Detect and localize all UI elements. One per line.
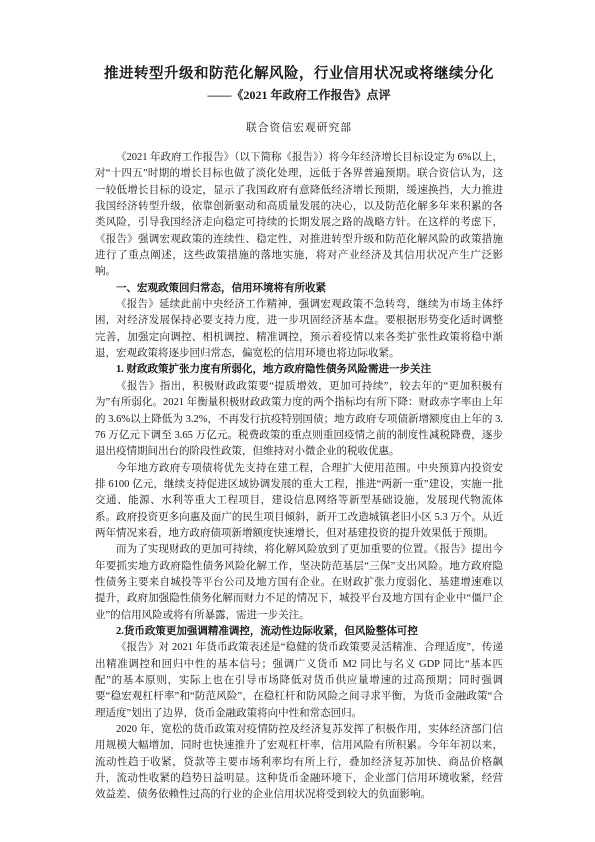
document-page: 推进转型升级和防范化解风险，行业信用状况或将继续分化 ——《2021 年政府工作…: [0, 0, 595, 842]
document-body: 《2021 年政府工作报告》（以下简称《报告》）将今年经济增长目标设定为 6%以…: [95, 150, 503, 804]
document-subtitle: ——《2021 年政府工作报告》点评: [95, 87, 503, 103]
subsection-heading: 2.货币政策更加强调精准调控，流动性边际收紧，但风险整体可控: [95, 624, 503, 640]
document-title: 推进转型升级和防范化解风险，行业信用状况或将继续分化: [95, 64, 503, 84]
subsection-heading: 1. 财政政策扩张力度有所弱化，地方政府隐性债务风险需进一步关注: [95, 362, 503, 378]
paragraph: 而为了实现财政的更加可持续，将化解风险放到了更加重要的位置。《报告》提出今年要抓…: [95, 542, 503, 624]
paragraph: 《报告》指出，积极财政政策要“提质增效，更加可持续”，较去年的“更加积极有为”有…: [95, 379, 503, 461]
paragraph: 《报告》对 2021 年货币政策表述是“稳健的货币政策要灵活精准、合理适度”，传…: [95, 640, 503, 722]
paragraph: 《报告》延续此前中央经济工作精神，强调宏观政策不急转弯，继续为市场主体纾困，对经…: [95, 297, 503, 362]
paragraph: 《2021 年政府工作报告》（以下简称《报告》）将今年经济增长目标设定为 6%以…: [95, 150, 503, 281]
document-author: 联合资信宏观研究部: [95, 120, 503, 136]
paragraph: 今年地方政府专项债将优先支持在建工程，合理扩大使用范围。中央预算内投资安排 61…: [95, 461, 503, 543]
paragraph: 2020 年，宽松的货币政策对疫情防控及经济复苏发挥了积极作用，实体经济部门信用…: [95, 722, 503, 804]
section-heading: 一、宏观政策回归常态，信用环境将有所收紧: [95, 281, 503, 297]
